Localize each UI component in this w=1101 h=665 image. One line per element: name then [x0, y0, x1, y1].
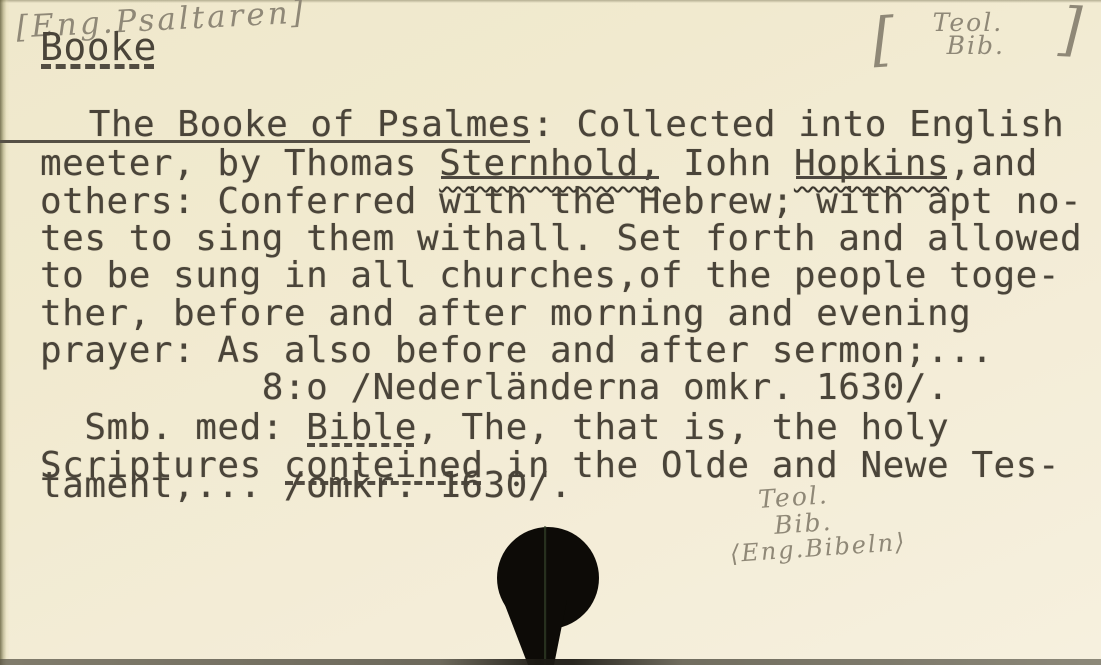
- underlined-text: Sternhold,: [439, 145, 661, 183]
- punch-hole-icon: [475, 518, 625, 665]
- catalog-card: [Eng.Psaltaren] [ Teol. Bib. ] Booke The…: [0, 0, 1101, 665]
- text-segment: to be sung in all churches,of the people…: [40, 255, 1060, 296]
- typed-line: 8:o /Nederländerna omkr. 1630/.: [40, 369, 949, 407]
- text-segment: tes to sing them withall. Set forth and …: [40, 218, 1082, 259]
- typed-line: prayer: As also before and after sermon;…: [40, 332, 993, 370]
- text-segment: prayer: As also before and after sermon;…: [40, 330, 993, 371]
- pencil-note-bottom-right: Teol. Bib. ⟨Eng.Bibeln⟩: [725, 477, 907, 568]
- typed-line: The Booke of Psalmes: Collected into Eng…: [0, 106, 1064, 144]
- underlined-text: The Booke of Psalmes: [0, 106, 532, 144]
- text-segment: others: Conferred with the Hebrew; with …: [40, 181, 1082, 222]
- text-segment: 8:o /Nederländerna omkr. 1630/.: [40, 367, 949, 408]
- card-bottom-edge: [0, 659, 1101, 665]
- typed-line: tament,... /omkr. 1630/.: [40, 467, 572, 505]
- text-segment: meeter, by Thomas: [40, 143, 439, 184]
- typed-line: tes to sing them withall. Set forth and …: [40, 220, 1082, 258]
- text-segment: ther, before and after morning and eveni…: [40, 293, 971, 334]
- typed-line: ther, before and after morning and eveni…: [40, 295, 971, 333]
- typed-line: meeter, by Thomas Sternhold, Iohn Hopkin…: [40, 145, 1038, 183]
- text-segment: ,and: [949, 143, 1038, 184]
- typed-line: Smb. med: Bible, The, that is, the holy: [40, 409, 949, 447]
- text-segment: tament,... /omkr. 1630/.: [40, 465, 572, 506]
- text-segment: : Collected into English: [532, 104, 1064, 145]
- underlined-text: Bible: [306, 409, 417, 447]
- typed-line: to be sung in all churches,of the people…: [40, 257, 1060, 295]
- text-segment: Smb. med:: [40, 407, 306, 448]
- underlined-text: Hopkins: [794, 145, 949, 183]
- text-segment: Iohn: [661, 143, 794, 184]
- text-segment: , The, that is, the holy: [417, 407, 949, 448]
- typed-line: others: Conferred with the Hebrew; with …: [40, 183, 1082, 221]
